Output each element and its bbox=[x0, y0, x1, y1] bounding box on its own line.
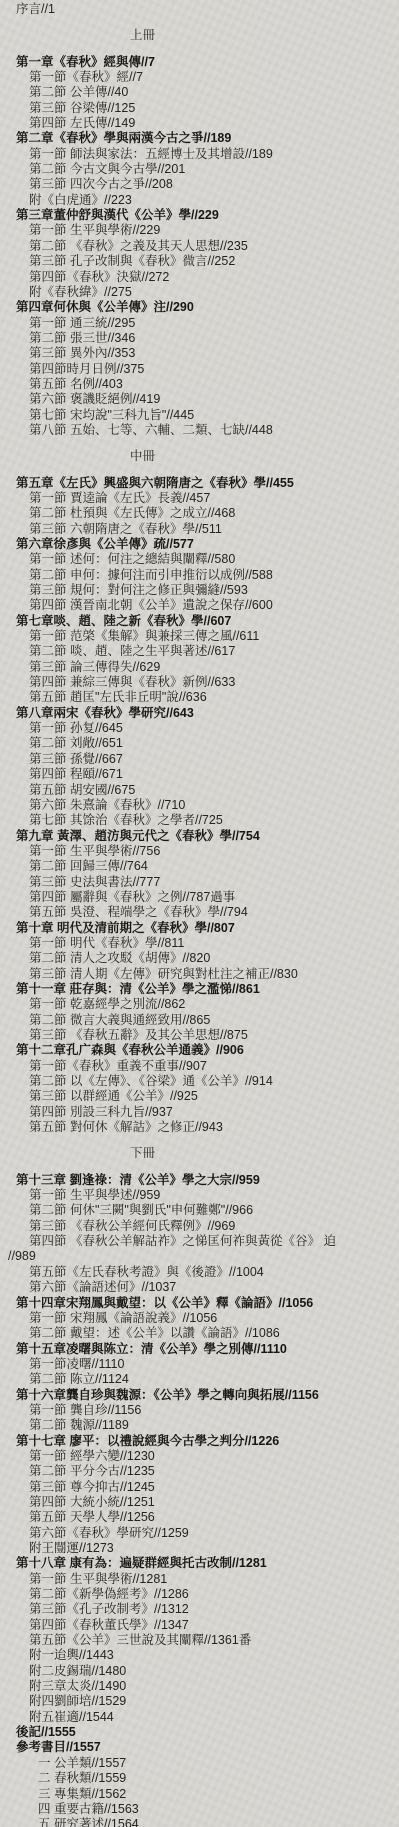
toc-chapter-line: 第十六章龔自珍與魏源：《公羊》學之轉向與拓展//1156 bbox=[16, 1388, 399, 1403]
toc-entry-line: 第一節 宋翔鳳《論語說義》//1056 bbox=[29, 1311, 399, 1326]
toc-entry-line: 一 公羊類//1557 bbox=[38, 1756, 399, 1771]
toc-entry-line: 第五節 對何休《解詁》之修正//943 bbox=[29, 1120, 399, 1135]
toc-entry-line: 第一節 賈逵論《左氏》長義//457 bbox=[29, 491, 399, 506]
volume-heading: 下冊 bbox=[0, 1146, 285, 1161]
toc-chapter-line: 第十三章 劉逢祿：清《公羊》學之大宗//959 bbox=[16, 1173, 399, 1188]
toc-entry-line: 第七節 其馀治《春秋》之學者//725 bbox=[29, 813, 399, 828]
toc-entry-line: 第三節 谷梁傳//125 bbox=[29, 101, 399, 116]
toc-entry-line: 第四節 漢晉南北朝《公羊》遺說之保存//600 bbox=[29, 598, 399, 613]
toc-entry-line: 附王闓運//1273 bbox=[29, 1541, 399, 1556]
toc-entry-line: 附二皮錫瑞//1480 bbox=[29, 1664, 399, 1679]
toc-chapter-line: 第二章《春秋》學與兩漢今古之爭//189 bbox=[16, 131, 399, 146]
toc-entry-line: 第五節《左氏春秋考證》與《後證》//1004 bbox=[29, 1265, 399, 1280]
toc-entry-line: 第四節 《春秋公羊解詁祚》之悌匡何祚與黃從《谷》 迫 bbox=[29, 1234, 399, 1249]
toc-chapter-line: 參考書目//1557 bbox=[16, 1740, 399, 1755]
toc-entry-line: 第四節 大統小統//1251 bbox=[29, 1495, 399, 1510]
toc-entry-line: 第四節《春秋董氏學》//1347 bbox=[29, 1618, 399, 1633]
toc-entry-line: 附《白虎通》//223 bbox=[29, 193, 399, 208]
toc-entry-line: 第八節 五始、七等、六輔、二類、七缺//448 bbox=[29, 423, 399, 438]
toc-entry-line: 第二節 今古文與今古學//201 bbox=[29, 162, 399, 177]
toc-entry-line: 第六節 朱熹論《春秋》//710 bbox=[29, 798, 399, 813]
toc-chapter-line: 第十五章凌曙與陈立：清《公羊》學之別傳//1110 bbox=[16, 1342, 399, 1357]
toc-chapter-line: 第一章《春秋》經與傳//7 bbox=[16, 55, 399, 70]
toc-entry-line: 第四節《春秋》決獄//272 bbox=[29, 270, 399, 285]
toc-chapter-line: 第九章 黃澤、趙汸與元代之《春秋》學//754 bbox=[16, 829, 399, 844]
toc-entry-line: 第五節 趙匡"左氏非丘明"說//636 bbox=[29, 690, 399, 705]
toc-entry-line: 第一節 乾嘉經學之別流//862 bbox=[29, 997, 399, 1012]
toc-entry-line: 附一迨輿//1443 bbox=[29, 1648, 399, 1663]
toc-entry-line: 五 研究著述//1564 bbox=[38, 1817, 399, 1827]
toc-entry-line: 第三節 論三傳得失//629 bbox=[29, 660, 399, 675]
toc-entry-line: 第七節 宋均說"三科九旨"//445 bbox=[29, 408, 399, 423]
toc-chapter-line: 第十一章 莊存與：清《公羊》學之濫悌//861 bbox=[16, 982, 399, 997]
toc-entry-line: 第四節 兼綜三傳與《春秋》新例//633 bbox=[29, 675, 399, 690]
toc-entry-line: 第一節 范棨《集解》與兼採三傳之風//611 bbox=[29, 629, 399, 644]
toc-entry-line: 第二節 申何：據何注而引申推衍以成例//588 bbox=[29, 568, 399, 583]
toc-entry-line: 第二節 啖、趙、陸之生平與著述//617 bbox=[29, 644, 399, 659]
toc-entry-line: 第二節 微言大義與通經致用//865 bbox=[29, 1013, 399, 1028]
toc-entry-line: 第二節 何休"三闕"與劉氏"申何難鄭"//966 bbox=[29, 1203, 399, 1218]
toc-entry-line: 附五崔適//1544 bbox=[29, 1710, 399, 1725]
toc-entry-line: 四 重要古籍//1563 bbox=[38, 1802, 399, 1817]
toc-chapter-line: 第六章徐彥與《公羊傳》疏//577 bbox=[16, 537, 399, 552]
toc-entry-line: 第四節 屬辭與《春秋》之例//787過事 bbox=[29, 890, 399, 905]
toc-entry-line: 第三節 《春秋五辭》及其公羊思想//875 bbox=[29, 1028, 399, 1043]
toc-entry-line: 第六節 褒譏貶絕例//419 bbox=[29, 392, 399, 407]
toc-entry-line: 第二節 魏源//1189 bbox=[29, 1418, 399, 1433]
toc-entry-line: 第一節《春秋》經//7 bbox=[29, 70, 399, 85]
toc-entry-line: 第一節 通三統//295 bbox=[29, 316, 399, 331]
toc-entry-line: 第一節 生平與學術//229 bbox=[29, 223, 399, 238]
toc-entry-line: 第一節《春秋》重義不重事//907 bbox=[29, 1059, 399, 1074]
toc-chapter-line: 第四章何休與《公羊傳》注//290 bbox=[16, 300, 399, 315]
toc-chapter-line: 第十七章 廖平：以禮說經與今古學之判分//1226 bbox=[16, 1434, 399, 1449]
toc-entry-line: 第二節 陈立//1124 bbox=[29, 1372, 399, 1387]
toc-entry-line: 二 春秋類//1559 bbox=[38, 1771, 399, 1786]
toc-entry-line: 第五節 胡安國//675 bbox=[29, 783, 399, 798]
toc-entry-line: 第二節 張三世//346 bbox=[29, 331, 399, 346]
toc-chapter-line: 第五章《左氏》興盛與六朝隋唐之《春秋》學//455 bbox=[16, 476, 399, 491]
toc-entry-line: 第一節 龔自珍//1156 bbox=[29, 1403, 399, 1418]
toc-entry-line: 第三節 史法與書法//777 bbox=[29, 875, 399, 890]
toc-entry-line: 第三節 尊今抑古//1245 bbox=[29, 1480, 399, 1495]
toc-entry-line: 第二節 戴望：述《公羊》以讚《論語》//1086 bbox=[29, 1326, 399, 1341]
toc-entry-line: 第二節 公羊傳//40 bbox=[29, 85, 399, 100]
toc-entry-line: 第六節《論語述何》//1037 bbox=[29, 1280, 399, 1295]
toc-entry-line: 第二節 杜預與《左氏傳》之成立//468 bbox=[29, 506, 399, 521]
toc-entry-line: 第二節《新學偽經考》//1286 bbox=[29, 1587, 399, 1602]
toc-entry-line: 第三節 異外內//353 bbox=[29, 346, 399, 361]
toc-entry-line: 第四節 別設三科九旨//937 bbox=[29, 1105, 399, 1120]
toc-entry-line: 第一節 孙复//645 bbox=[29, 721, 399, 736]
toc-chapter-line: 第三章董仲舒與漢代《公羊》學//229 bbox=[16, 208, 399, 223]
volume-heading: 中冊 bbox=[0, 449, 285, 464]
toc-entry-line: 第三節 以群經通《公羊》//925 bbox=[29, 1089, 399, 1104]
toc-chapter-line: 第十二章孔广森與《春秋公羊通義》//906 bbox=[16, 1043, 399, 1058]
toc-entry-line: 序言//1 bbox=[16, 2, 399, 17]
toc-entry-line: 第一節 生平與學術//756 bbox=[29, 844, 399, 859]
toc-entry-line: 第五節 名例//403 bbox=[29, 377, 399, 392]
toc-entry-line: 第一節 生平與學術//1281 bbox=[29, 1572, 399, 1587]
toc-entry-line: 第六節《春秋》學研究//1259 bbox=[29, 1526, 399, 1541]
toc-chapter-line: 第八章兩宋《春秋》學研究//643 bbox=[16, 706, 399, 721]
toc-entry-line: 第二節 回歸三傳//764 bbox=[29, 859, 399, 874]
toc-entry-line: 第二節 《春秋》之義及其天人思想//235 bbox=[29, 239, 399, 254]
toc-entry-line: 第三節 孔子改制與《春秋》微言//252 bbox=[29, 254, 399, 269]
toc-entry-line: 第五節《公羊》三世說及其闡釋//1361番 bbox=[29, 1633, 399, 1648]
toc-entry-line: 第二節 以《左傳》、《谷梁》通《公羊》//914 bbox=[29, 1074, 399, 1089]
toc-entry-line: 第三節 六朝隋唐之《春秋》學//511 bbox=[29, 522, 399, 537]
toc-entry-line: 第三節 清人期《左傳》研究與對杜注之補正//830 bbox=[29, 967, 399, 982]
volume-heading: 上冊 bbox=[0, 28, 285, 43]
toc-entry-line: 附四劉師培//1529 bbox=[29, 1694, 399, 1709]
toc-entry-line: 第一節 經學六變//1230 bbox=[29, 1449, 399, 1464]
toc-entry-line: 第一節 述何：何注之總結與闡釋//580 bbox=[29, 552, 399, 567]
toc-chapter-line: 後記//1555 bbox=[16, 1725, 399, 1740]
toc-entry-line: 第五節 吳澄、程端學之《春秋》學//794 bbox=[29, 905, 399, 920]
toc-entry-line: 第三節 四次今古之爭//208 bbox=[29, 177, 399, 192]
toc-entry-line: 第二節 刘敞//651 bbox=[29, 736, 399, 751]
toc-entry-line: 第四節時月日例//375 bbox=[29, 362, 399, 377]
toc-chapter-line: 第十八章 康有為：遍疑群經與托古改制//1281 bbox=[16, 1556, 399, 1571]
toc-entry-line: 第三節 孫覺//667 bbox=[29, 752, 399, 767]
toc-entry-line: 第一節 生平與學述//959 bbox=[29, 1188, 399, 1203]
toc-entry-line: 第二節 清人之攻駁《胡傳》//820 bbox=[29, 951, 399, 966]
toc-entry-line: 第四節 程頤//671 bbox=[29, 767, 399, 782]
toc-entry-line: 第三節 《春秋公羊經何氏釋例》//969 bbox=[29, 1219, 399, 1234]
toc-entry-line: 第五節 天學人學//1256 bbox=[29, 1510, 399, 1525]
toc-entry-line: 附《春秋緯》//275 bbox=[29, 285, 399, 300]
toc-entry-line: 第一節 明代《春秋》學//811 bbox=[29, 936, 399, 951]
toc-entry-line: 第一節 師法與家法：五經博士及其增設//189 bbox=[29, 147, 399, 162]
toc-chapter-line: 第十章 明代及清前期之《春秋》學//807 bbox=[16, 921, 399, 936]
toc-entry-line: 第四節 左氏傳//149 bbox=[29, 116, 399, 131]
toc-entry-line: 第三節 規何：對何注之修正與彌縫//593 bbox=[29, 583, 399, 598]
table-of-contents: 序言//1上冊第一章《春秋》經與傳//7第一節《春秋》經//7第二節 公羊傳//… bbox=[0, 0, 399, 1827]
toc-entry-line: 三 專集類//1562 bbox=[38, 1787, 399, 1802]
toc-entry-line: 第三節《孔子改制考》//1312 bbox=[29, 1602, 399, 1617]
toc-chapter-line: 第七章啖、趙、陸之新《春秋》學//607 bbox=[16, 614, 399, 629]
toc-entry-line: 附三章太炎//1490 bbox=[29, 1679, 399, 1694]
toc-chapter-line: 第十四章宋翔鳳與戴望：以《公羊》釋《論語》//1056 bbox=[16, 1296, 399, 1311]
toc-entry-line: 第二節 平分今古//1235 bbox=[29, 1464, 399, 1479]
toc-entry-line: 第一節凌曙//1110 bbox=[29, 1357, 399, 1372]
toc-entry-line: //989 bbox=[8, 1249, 399, 1264]
